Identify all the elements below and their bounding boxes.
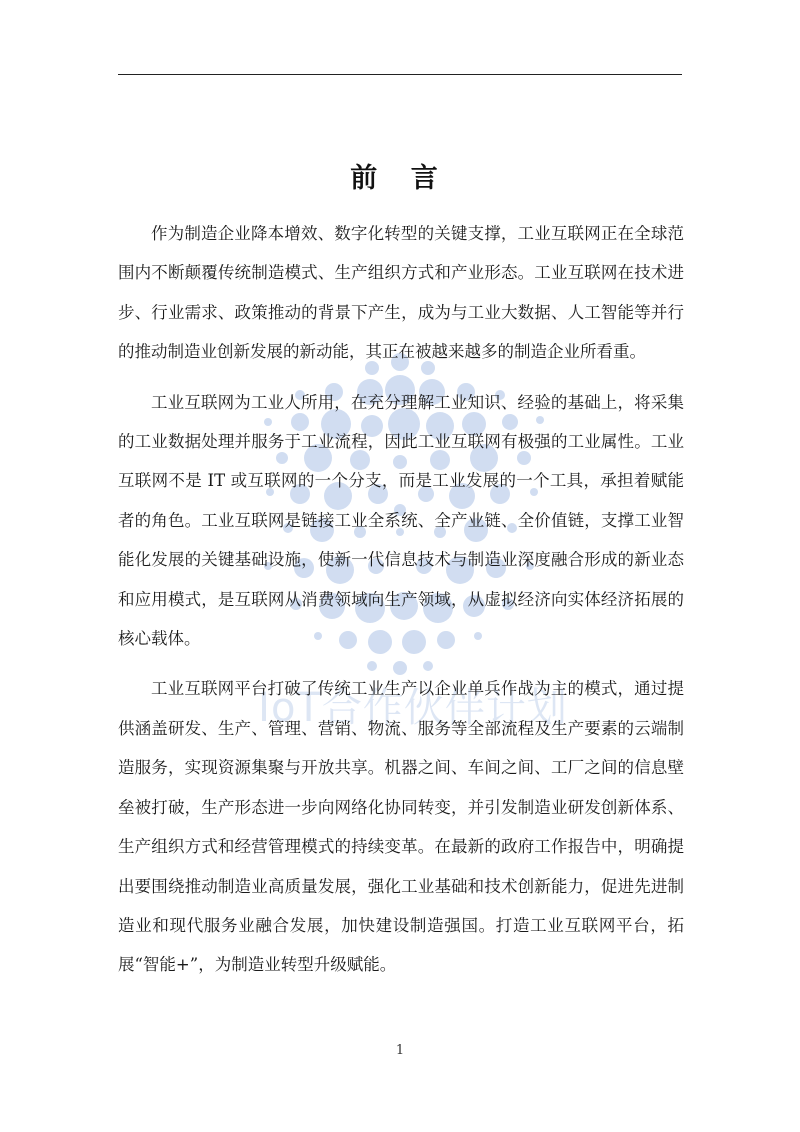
document-body: 作为制造企业降本增效、数字化转型的关键支撑，工业互联网正在全球范围内不断颠覆传统… — [118, 214, 684, 985]
paragraph: 工业互联网为工业人所用，在充分理解工业知识、经验的基础上，将采集的工业数据处理并… — [118, 383, 684, 659]
header-rule — [118, 74, 682, 75]
page-title: 前 言 — [0, 156, 800, 195]
paragraph: 工业互联网平台打破了传统工业生产以企业单兵作战为主的模式，通过提供涵盖研发、生产… — [118, 669, 684, 984]
page-number: 1 — [0, 1043, 800, 1058]
paragraph: 作为制造企业降本增效、数字化转型的关键支撑，工业互联网正在全球范围内不断颠覆传统… — [118, 214, 684, 372]
